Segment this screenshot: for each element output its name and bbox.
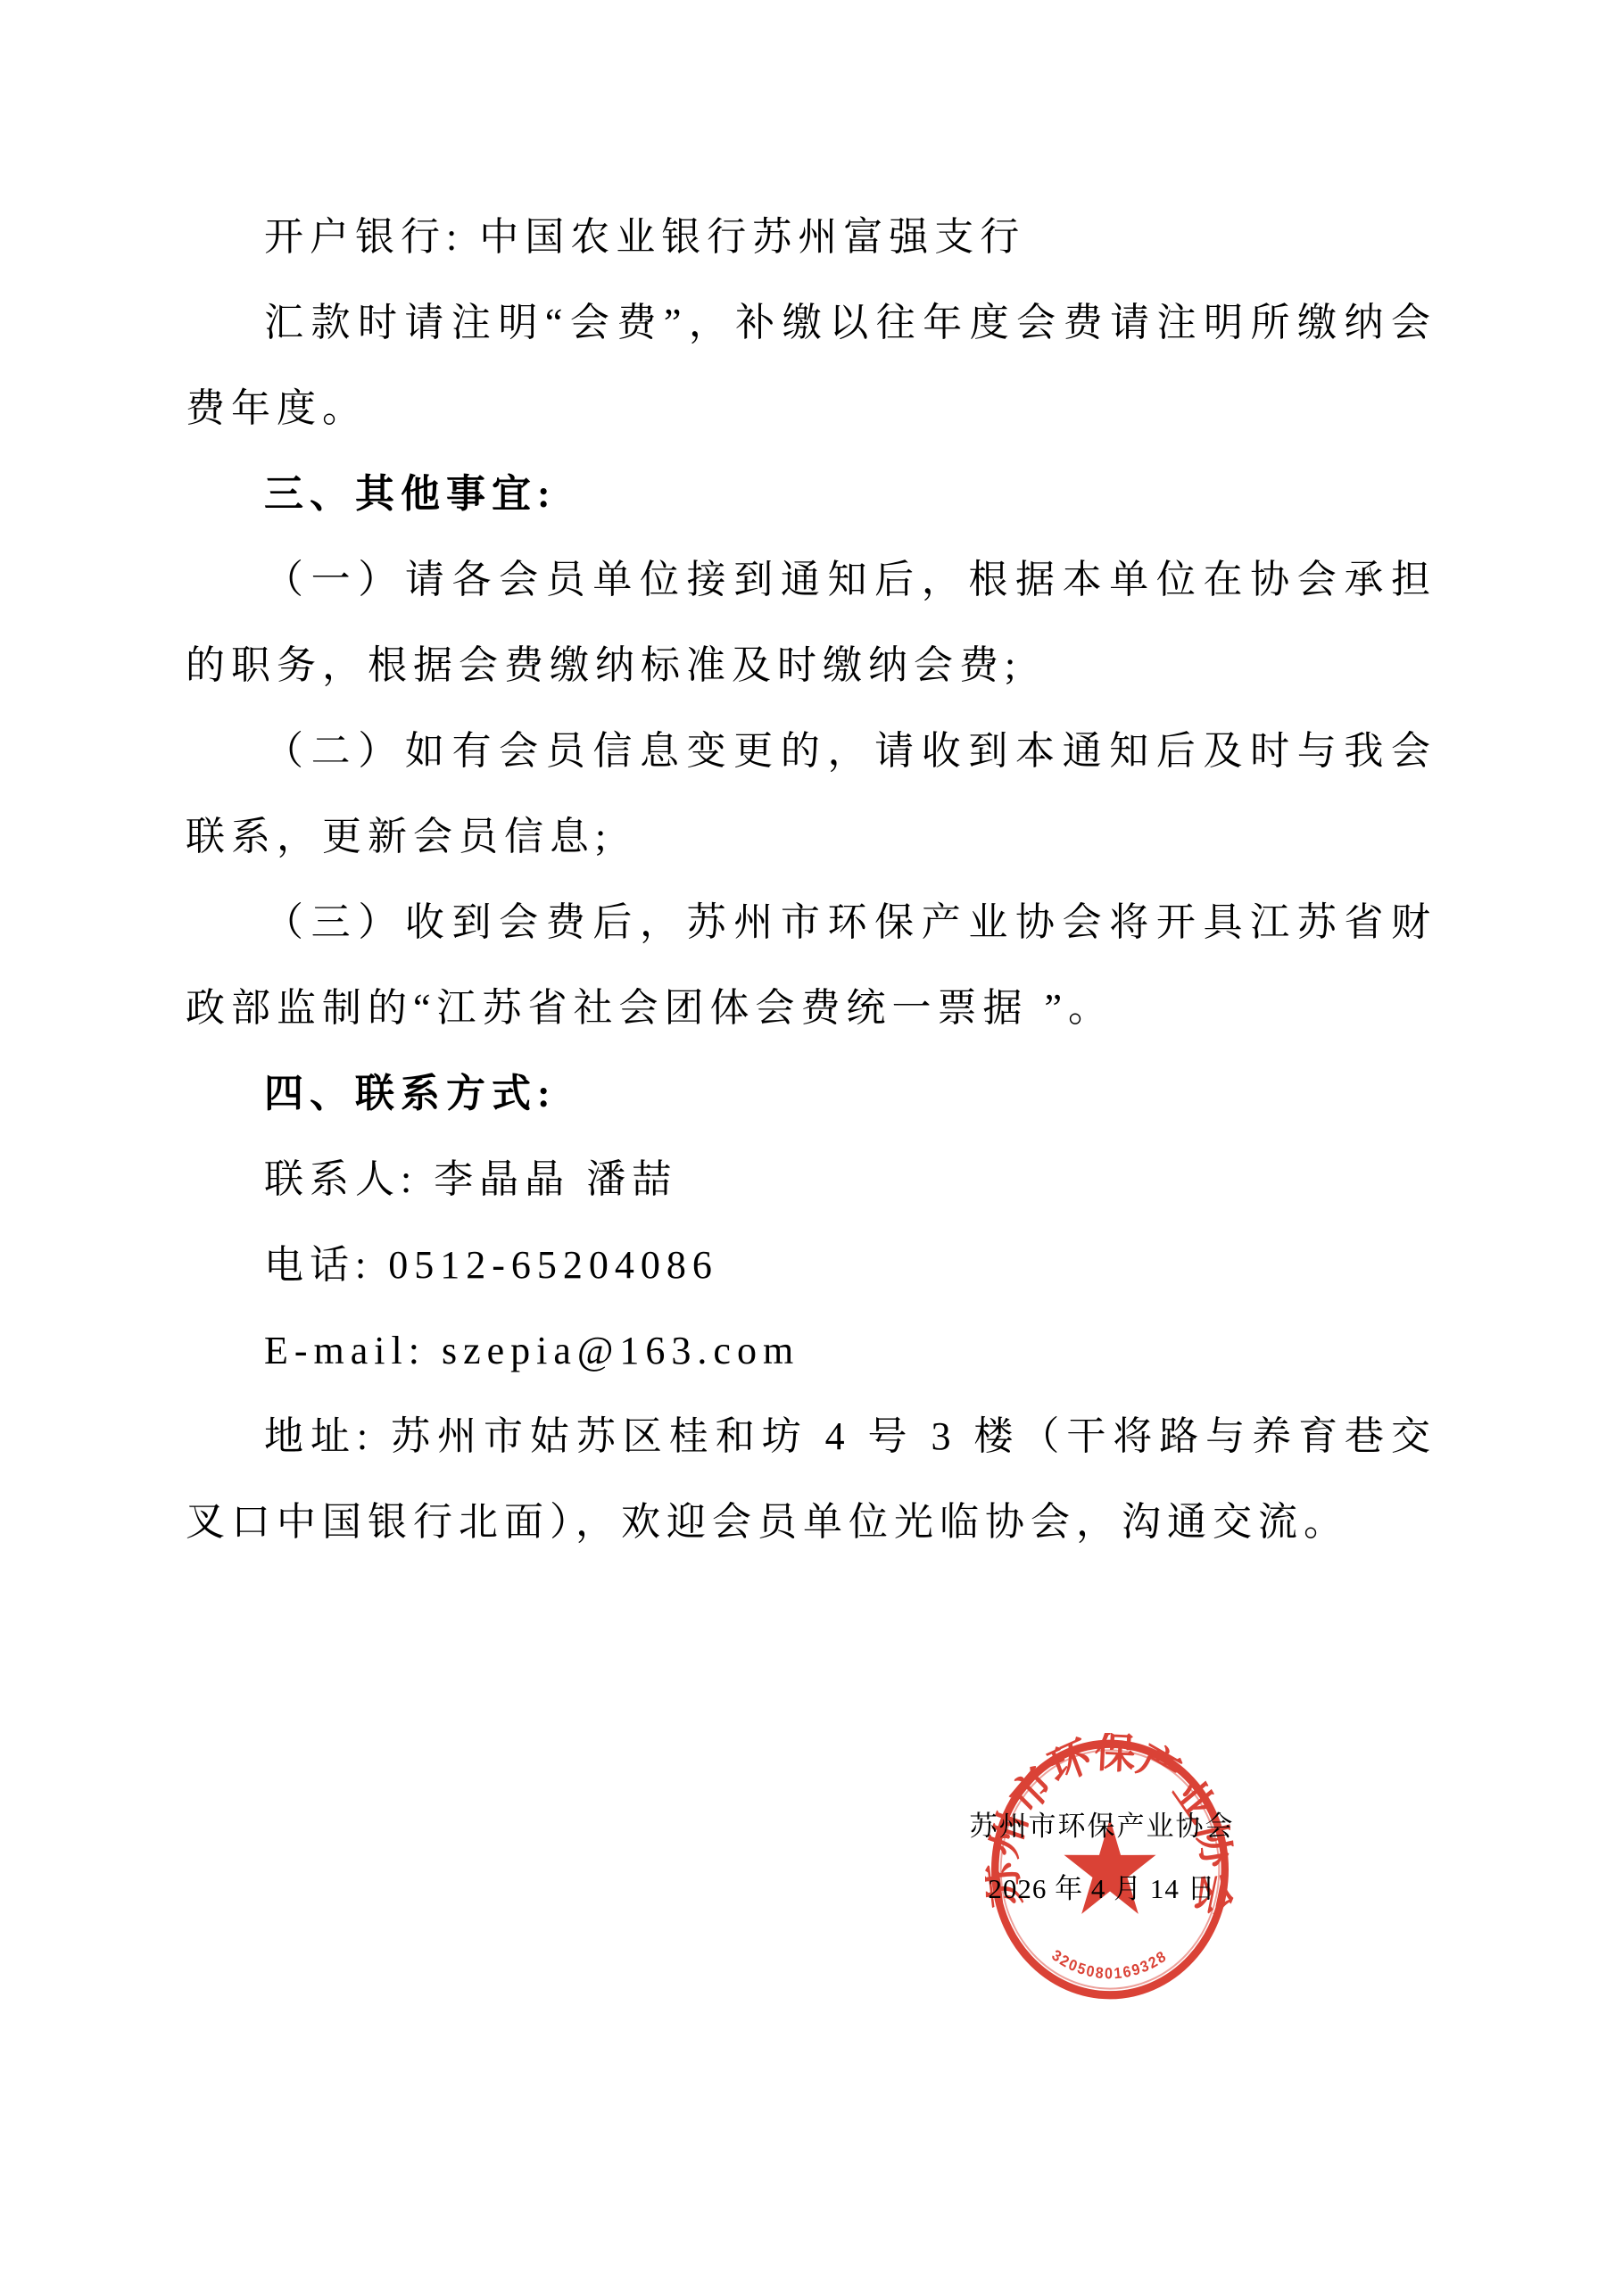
signature-organization: 苏州市环保产业协会 <box>966 1795 1238 1858</box>
other-matters-item-2: （二）如有会员信息变更的，请收到本通知后及时与我会联系，更新会员信息; <box>186 709 1437 880</box>
stamp-serial-number: 3205080169328 <box>1049 1946 1171 1983</box>
other-matters-item-3: （三）收到会费后，苏州市环保产业协会将开具江苏省财政部监制的“江苏省社会团体会费… <box>186 880 1437 1051</box>
address-line: 地址: 苏州市姑苏区桂和坊 4 号 3 楼（干将路与养育巷交叉口中国银行北面），… <box>186 1394 1437 1565</box>
other-matters-item-1: （一）请各会员单位接到通知后，根据本单位在协会承担的职务，根据会费缴纳标准及时缴… <box>186 537 1437 709</box>
phone-line: 电话: 0512-65204086 <box>186 1223 1437 1308</box>
email-line: E-mail: szepia@163.com <box>186 1308 1437 1394</box>
contact-person-line: 联系人: 李晶晶 潘喆 <box>186 1137 1437 1223</box>
document-page: 开户银行: 中国农业银行苏州富强支行 汇款时请注明“会费”，补缴以往年度会费请注… <box>0 0 1623 2296</box>
bank-account-line: 开户银行: 中国农业银行苏州富强支行 <box>186 195 1437 280</box>
section-heading-contact: 四、联系方式: <box>186 1051 1437 1137</box>
signature-date: 2026 年 4 月 14 日 <box>966 1858 1238 1920</box>
notice-body: 开户银行: 中国农业银行苏州富强支行 汇款时请注明“会费”，补缴以往年度会费请注… <box>186 195 1437 1565</box>
section-heading-other-matters: 三、其他事宜: <box>186 452 1437 537</box>
remittance-note: 汇款时请注明“会费”，补缴以往年度会费请注明所缴纳会费年度。 <box>186 280 1437 452</box>
signature-block: 苏州市环保产业协会 2026 年 4 月 14 日 <box>966 1795 1238 1920</box>
